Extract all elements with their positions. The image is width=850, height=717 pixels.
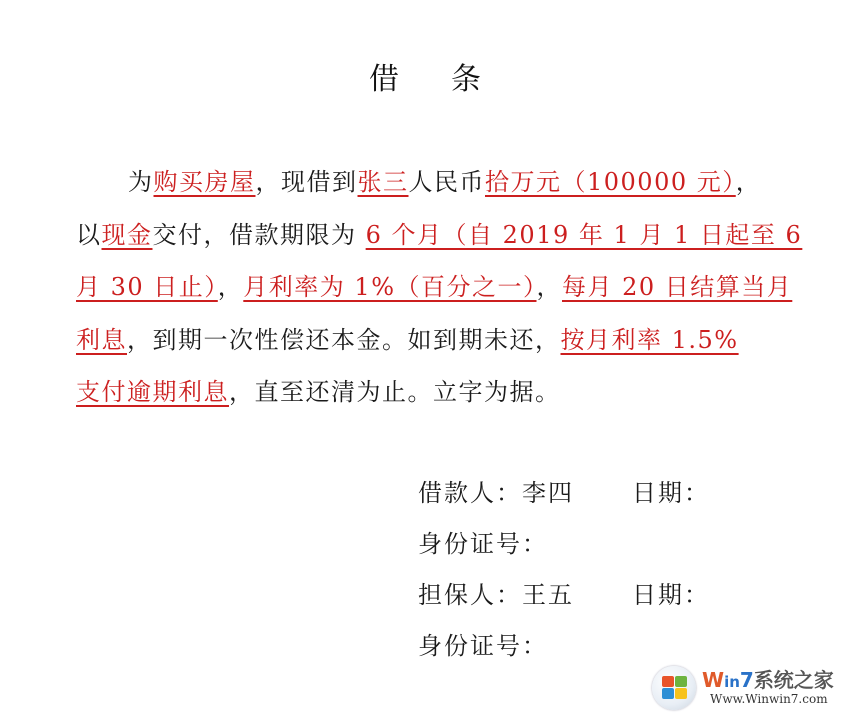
overdue-rate-highlight: 按月利率 1.5% [561, 326, 739, 354]
borrower-date-label: 日期： [632, 468, 710, 519]
payment-method-highlight: 现金 [102, 221, 153, 249]
text-segment: ，直至还清为止。立字为据。 [229, 378, 561, 406]
borrower-id-row: 身份证号： [418, 519, 574, 570]
overdue-interest-highlight: 支付逾期利息 [76, 378, 229, 406]
borrower-row: 借款人：李四 日期： [418, 468, 574, 519]
loan-terms-paragraph: 为购买房屋，现借到张三人民币拾万元（100000 元）， 以现金交付，借款期限为… [76, 156, 776, 419]
text-segment: 人民币 [409, 168, 486, 196]
text-segment: ，到期一次性偿还本金。如到期未还， [127, 326, 561, 354]
paragraph-line: 以现金交付，借款期限为 6 个月（自 2019 年 1 月 1 日起至 6 [76, 209, 776, 262]
paragraph-line: 利息，到期一次性偿还本金。如到期未还，按月利率 1.5% [76, 314, 776, 367]
borrower-label: 借款人：李四 [418, 479, 574, 507]
guarantor-id-label: 身份证号： [418, 632, 548, 660]
text-segment: ，现借到 [256, 168, 358, 196]
settlement-highlight: 每月 20 日结算当月 [562, 273, 792, 301]
term-highlight: 6 个月（自 2019 年 1 月 1 日起至 6 [366, 221, 803, 249]
interest-rate-highlight: 月利率为 1%（百分之一） [243, 273, 536, 301]
lender-name-highlight: 张三 [358, 168, 409, 196]
paragraph-line: 为购买房屋，现借到张三人民币拾万元（100000 元）， [76, 156, 776, 209]
amount-highlight: 拾万元（100000 元） [485, 168, 736, 196]
text-segment: ， [736, 168, 762, 196]
windows-logo-icon [652, 666, 696, 710]
text-segment: 以 [76, 221, 102, 249]
text-segment: ， [218, 273, 244, 301]
guarantor-label: 担保人：王五 [418, 581, 574, 609]
title-char-1: 借 [369, 54, 399, 98]
text-segment: 为 [128, 168, 154, 196]
guarantor-date-label: 日期： [632, 570, 710, 621]
signature-block: 借款人：李四 日期： 身份证号： 担保人：王五 日期： 身份证号： [418, 468, 574, 672]
guarantor-id-row: 身份证号： [418, 621, 574, 672]
text-segment: 交付，借款期限为 [153, 221, 366, 249]
borrower-id-label: 身份证号： [418, 530, 548, 558]
watermark-brand: Win7系统之家 [702, 664, 834, 693]
purpose-highlight: 购买房屋 [154, 168, 256, 196]
guarantor-row: 担保人：王五 日期： [418, 570, 574, 621]
watermark: Win7系统之家 Www.Winwin7.com [652, 662, 848, 714]
paragraph-line: 月 30 日止），月利率为 1%（百分之一），每月 20 日结算当月 [76, 261, 776, 314]
document-title: 借条 [0, 54, 850, 98]
text-segment: ， [537, 273, 563, 301]
paragraph-line: 支付逾期利息，直至还清为止。立字为据。 [76, 366, 776, 419]
watermark-url: Www.Winwin7.com [710, 692, 828, 706]
term-end-highlight: 月 30 日止） [76, 273, 218, 301]
settlement-highlight-cont: 利息 [76, 326, 127, 354]
title-char-2: 条 [451, 54, 481, 98]
